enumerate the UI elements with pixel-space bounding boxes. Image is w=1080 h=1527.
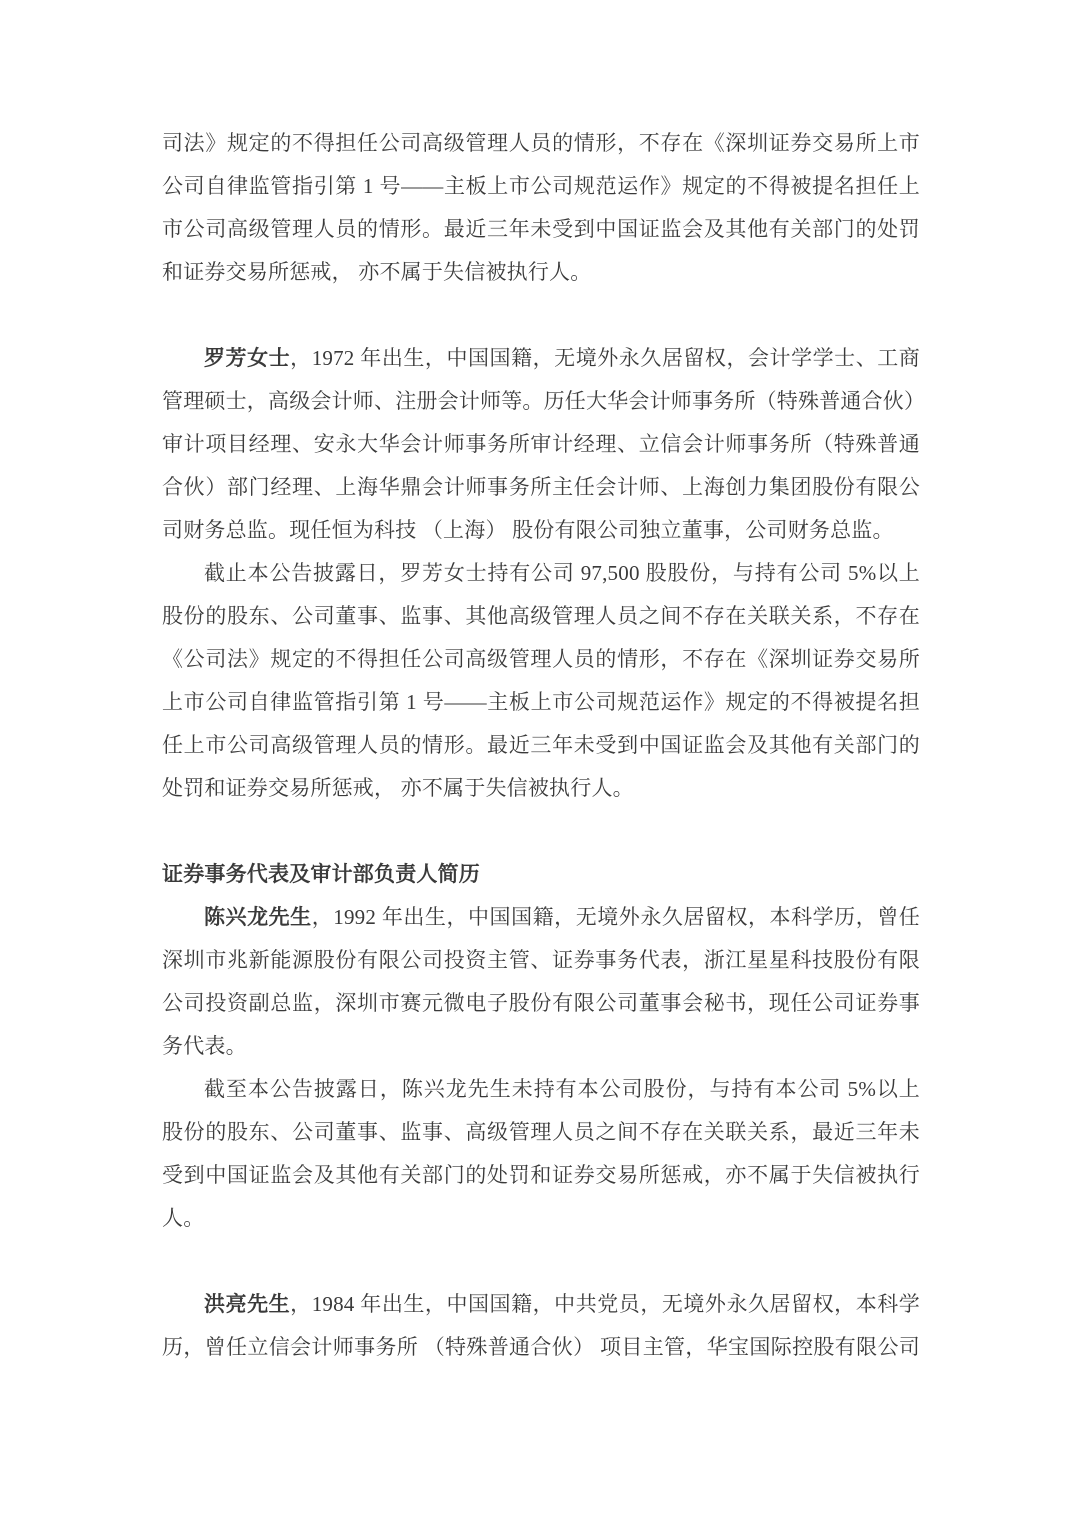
text-line: 和证券交易所惩戒， 亦不属于失信被执行人。 [162, 251, 920, 294]
text-line: 《公司法》规定的不得担任公司高级管理人员的情形，不存在《深圳证券交易所 [162, 638, 920, 681]
text-line: 审计项目经理、安永大华会计师事务所审计经理、立信会计师事务所（特殊普通 [162, 423, 920, 466]
text-segment: 股份的股东、公司董事、监事、其他高级管理人员之间不存在关联关系，不存在 [162, 604, 920, 628]
text-line: 公司投资副总监，深圳市赛元微电子股份有限公司董事会秘书，现任公司证券事 [162, 982, 920, 1025]
paragraph: 司法》规定的不得担任公司高级管理人员的情形，不存在《深圳证券交易所上市公司自律监… [162, 122, 920, 294]
text-line: 市公司高级管理人员的情形。最近三年未受到中国证监会及其他有关部门的处罚 [162, 208, 920, 251]
text-segment: 深圳市兆新能源股份有限公司投资主管、证券事务代表，浙江星星科技股份有限 [162, 948, 920, 972]
text-line: 股份的股东、公司董事、监事、高级管理人员之间不存在关联关系，最近三年未 [162, 1111, 920, 1154]
text-line: 处罚和证券交易所惩戒， 亦不属于失信被执行人。 [162, 767, 920, 810]
text-line: 任上市公司高级管理人员的情形。最近三年未受到中国证监会及其他有关部门的 [162, 724, 920, 767]
text-line: 司法》规定的不得担任公司高级管理人员的情形，不存在《深圳证券交易所上市 [162, 122, 920, 165]
text-line: 上市公司自律监管指引第 1 号——主板上市公司规范运作》规定的不得被提名担 [162, 681, 920, 724]
text-line: 截止本公告披露日，罗芳女士持有公司 97,500 股股份，与持有公司 5%以上 [162, 552, 920, 595]
text-segment: 审计项目经理、安永大华会计师事务所审计经理、立信会计师事务所（特殊普通 [162, 432, 920, 456]
text-segment: ，1992 年出生，中国国籍，无境外永久居留权，本科学历，曾任 [312, 905, 920, 929]
text-segment: 历，曾任立信会计师事务所 （特殊普通合伙） 项目主管，华宝国际控股有限公司 [162, 1335, 920, 1359]
person-name-emphasis: 罗芳女士 [204, 346, 290, 370]
text-segment: ，1972 年出生，中国国籍，无境外永久居留权，会计学学士、工商 [290, 346, 920, 370]
paragraph: 截至本公告披露日，陈兴龙先生未持有本公司股份，与持有本公司 5%以上股份的股东、… [162, 1068, 920, 1240]
text-segment: 股份的股东、公司董事、监事、高级管理人员之间不存在关联关系，最近三年未 [162, 1120, 920, 1144]
text-line: 罗芳女士，1972 年出生，中国国籍，无境外永久居留权，会计学学士、工商 [162, 337, 920, 380]
paragraph: 截止本公告披露日，罗芳女士持有公司 97,500 股股份，与持有公司 5%以上股… [162, 552, 920, 810]
text-segment: 公司自律监管指引第 1 号——主板上市公司规范运作》规定的不得被提名担任上 [162, 174, 920, 198]
text-segment: 司法》规定的不得担任公司高级管理人员的情形，不存在《深圳证券交易所上市 [162, 131, 920, 155]
text-line: 司财务总监。现任恒为科技 （上海） 股份有限公司独立董事，公司财务总监。 [162, 509, 920, 552]
text-segment: 市公司高级管理人员的情形。最近三年未受到中国证监会及其他有关部门的处罚 [162, 217, 920, 241]
text-segment: 管理硕士，高级会计师、注册会计师等。历任大华会计师事务所（特殊普通合伙） [162, 389, 925, 413]
text-segment: 和证券交易所惩戒， 亦不属于失信被执行人。 [162, 260, 591, 284]
text-line: 截至本公告披露日，陈兴龙先生未持有本公司股份，与持有本公司 5%以上 [162, 1068, 920, 1111]
text-segment: 《公司法》规定的不得担任公司高级管理人员的情形，不存在《深圳证券交易所 [162, 647, 920, 671]
person-name-emphasis: 洪亮先生 [204, 1292, 290, 1316]
text-line: 合伙）部门经理、上海华鼎会计师事务所主任会计师、上海创力集团股份有限公 [162, 466, 920, 509]
text-line: 管理硕士，高级会计师、注册会计师等。历任大华会计师事务所（特殊普通合伙） [162, 380, 920, 423]
paragraph: 罗芳女士，1972 年出生，中国国籍，无境外永久居留权，会计学学士、工商管理硕士… [162, 337, 920, 552]
text-segment: 人。 [162, 1206, 204, 1230]
text-segment: 任上市公司高级管理人员的情形。最近三年未受到中国证监会及其他有关部门的 [162, 733, 920, 757]
text-line: 股份的股东、公司董事、监事、其他高级管理人员之间不存在关联关系，不存在 [162, 595, 920, 638]
person-name-emphasis: 陈兴龙先生 [204, 905, 312, 929]
text-segment: 处罚和证券交易所惩戒， 亦不属于失信被执行人。 [162, 776, 634, 800]
document-body: 司法》规定的不得担任公司高级管理人员的情形，不存在《深圳证券交易所上市公司自律监… [162, 122, 920, 1369]
text-line: 人。 [162, 1197, 920, 1240]
text-line: 公司自律监管指引第 1 号——主板上市公司规范运作》规定的不得被提名担任上 [162, 165, 920, 208]
paragraph: 陈兴龙先生，1992 年出生，中国国籍，无境外永久居留权，本科学历，曾任深圳市兆… [162, 896, 920, 1068]
text-segment: 受到中国证监会及其他有关部门的处罚和证券交易所惩戒，亦不属于失信被执行 [162, 1163, 920, 1187]
text-segment: 截止本公告披露日，罗芳女士持有公司 97,500 股股份，与持有公司 5%以上 [204, 561, 920, 585]
text-line: 洪亮先生，1984 年出生，中国国籍，中共党员，无境外永久居留权，本科学 [162, 1283, 920, 1326]
text-segment: 截至本公告披露日，陈兴龙先生未持有本公司股份，与持有本公司 5%以上 [204, 1077, 920, 1101]
text-line: 陈兴龙先生，1992 年出生，中国国籍，无境外永久居留权，本科学历，曾任 [162, 896, 920, 939]
paragraph: 洪亮先生，1984 年出生，中国国籍，中共党员，无境外永久居留权，本科学历，曾任… [162, 1283, 920, 1369]
text-segment: 司财务总监。现任恒为科技 （上海） 股份有限公司独立董事，公司财务总监。 [162, 518, 894, 542]
text-segment: 务代表。 [162, 1034, 247, 1058]
text-segment: ，1984 年出生，中国国籍，中共党员，无境外永久居留权，本科学 [290, 1292, 920, 1316]
person-name-emphasis: 证券事务代表及审计部负责人简历 [162, 862, 480, 886]
text-segment: 合伙）部门经理、上海华鼎会计师事务所主任会计师、上海创力集团股份有限公 [162, 475, 920, 499]
text-line: 务代表。 [162, 1025, 920, 1068]
text-line: 证券事务代表及审计部负责人简历 [162, 853, 920, 896]
text-segment: 上市公司自律监管指引第 1 号——主板上市公司规范运作》规定的不得被提名担 [162, 690, 920, 714]
section-heading: 证券事务代表及审计部负责人简历 [162, 853, 920, 896]
text-line: 深圳市兆新能源股份有限公司投资主管、证券事务代表，浙江星星科技股份有限 [162, 939, 920, 982]
text-line: 历，曾任立信会计师事务所 （特殊普通合伙） 项目主管，华宝国际控股有限公司 [162, 1326, 920, 1369]
text-line: 受到中国证监会及其他有关部门的处罚和证券交易所惩戒，亦不属于失信被执行 [162, 1154, 920, 1197]
document-page: 司法》规定的不得担任公司高级管理人员的情形，不存在《深圳证券交易所上市公司自律监… [0, 0, 1080, 1527]
text-segment: 公司投资副总监，深圳市赛元微电子股份有限公司董事会秘书，现任公司证券事 [162, 991, 920, 1015]
